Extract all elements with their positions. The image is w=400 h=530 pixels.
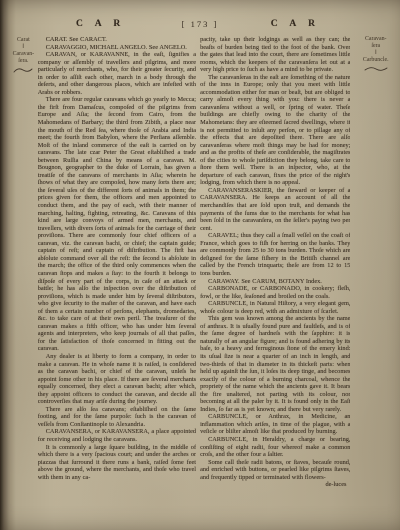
- paragraph: CARBONADE, or CARBONADO, in cookery; fle…: [200, 285, 350, 300]
- paragraph: CARAT. See CARACT.: [38, 36, 196, 44]
- paragraph: CARAVEL; thus they call a ſmall veſſel o…: [200, 232, 350, 277]
- paragraph: This gem was known among the ancients by…: [200, 315, 350, 413]
- margin-note-left-lines: Carat‖Caravan-ſera.: [11, 37, 36, 65]
- margin-note-line: Caravan-: [11, 51, 36, 58]
- margin-note-right-lines: Caravan-ſera‖Carbuncle.: [353, 36, 398, 64]
- paragraph: pacity, take up their lodgings as well a…: [200, 36, 350, 74]
- margin-note-line: Carat: [11, 37, 36, 44]
- paragraph: There are alſo ſea caravans; eſtabliſhed…: [38, 406, 196, 429]
- paragraph: Some call theſe radii batons, or ſtaves,…: [200, 459, 350, 482]
- text-column-right: pacity, take up their lodgings as well a…: [200, 36, 350, 526]
- running-title-left: C A R: [76, 19, 125, 29]
- right-column-paragraphs: pacity, take up their lodgings as well a…: [200, 36, 350, 481]
- margin-note-line: ‖: [353, 50, 398, 57]
- paragraph: CARAVAGGIO, MICHAEL ANGELO. See ANGELO.: [38, 44, 196, 52]
- paragraph: The caravanſeras in the eaſt are ſomethi…: [200, 74, 350, 187]
- margin-notes-left: Carat‖Caravan-ſera.: [2, 36, 36, 526]
- margin-note-line: Carbuncle.: [353, 57, 398, 64]
- margin-note-line: ſera: [353, 43, 398, 50]
- margin-note-line: ‖: [11, 44, 36, 51]
- page-body: Carat‖Caravan-ſera. CARAT. See CARACT.CA…: [2, 36, 398, 526]
- paragraph: Any dealer is at liberty to form a compa…: [38, 353, 196, 406]
- margin-brace-left-decoration: [13, 66, 33, 74]
- margin-note-line: Caravan-: [353, 36, 398, 43]
- margin-note-line: ſera.: [11, 58, 36, 65]
- paragraph: There are four regular caravans which go…: [38, 96, 196, 353]
- page-number: [ 173 ]: [182, 19, 219, 29]
- paragraph: CARAVAN, or KARAVANNE, in the eaſt, ſign…: [38, 51, 196, 96]
- paragraph: CARBUNCLE, or Anthrax, in Medicine, an i…: [200, 413, 350, 436]
- margin-brace-right-decoration: [364, 65, 388, 73]
- paragraph: It is commonly a large ſquare building, …: [38, 444, 196, 482]
- paragraph: CARBUNCLE, in Heraldry, a charge or bear…: [200, 436, 350, 459]
- running-title-right: C A R: [271, 19, 320, 29]
- text-column-left: CARAT. See CARACT.CARAVAGGIO, MICHAEL AN…: [38, 36, 196, 526]
- paragraph: CARAVANSERA, or KARAVANSERA, a place app…: [38, 428, 196, 443]
- paragraph: CARAWAY. See CARUM, BOTANY Index.: [200, 278, 350, 286]
- running-header: C A R [ 173 ] C A R: [0, 19, 400, 33]
- book-page: C A R [ 173 ] C A R Carat‖Caravan-ſera. …: [0, 0, 400, 530]
- margin-notes-right: Caravan-ſera‖Carbuncle.: [353, 36, 398, 526]
- paragraph: CARBUNCLE, in Natural Hiſtory, a very el…: [200, 300, 350, 315]
- catchword: de-luces: [200, 481, 350, 489]
- paragraph: CARAVANSERASKIER, the ſteward or keeper …: [200, 187, 350, 232]
